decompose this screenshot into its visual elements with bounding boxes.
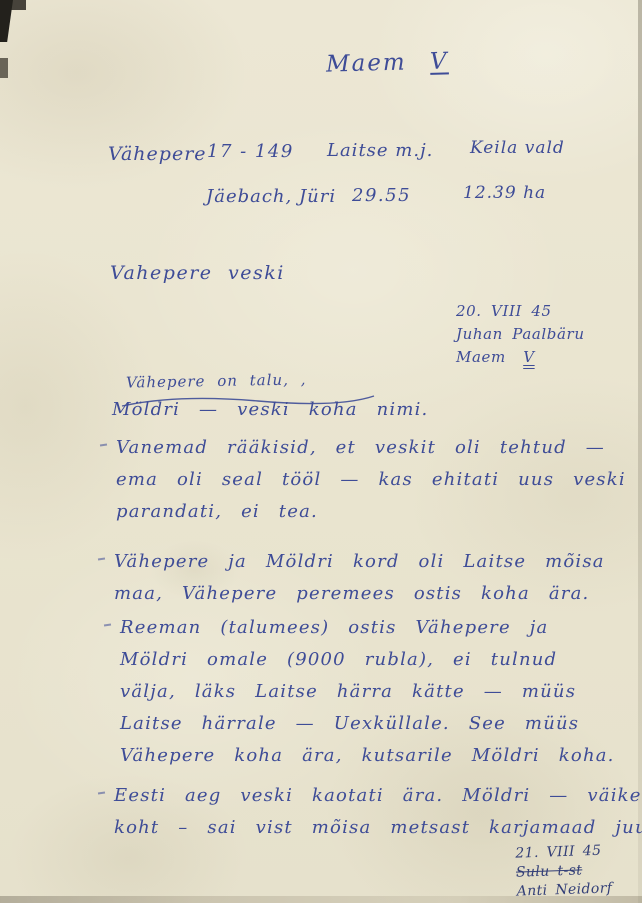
scan-edge-mark [0, 0, 13, 42]
paragraph: Vanemad rääkisid, et veskit oli tehtud —… [116, 432, 642, 528]
scan-edge-mark-small [0, 58, 8, 78]
text-line: Vähepere ja Möldri kord oli Laitse mõisa [114, 546, 605, 578]
annotation-top-notebook: Maem V [456, 346, 585, 369]
insert-note: Vähepere on talu, , [126, 370, 307, 391]
paragraph: Reeman (talumees) ostis Vähepere ja Möld… [120, 612, 615, 772]
text-line: ema oli seal tööl — kas ehitati uus vesk… [116, 464, 642, 496]
header-municipality: Keila vald [470, 138, 565, 158]
page-title-word: Maem [326, 49, 407, 77]
paragraph-dash-mark [98, 558, 105, 561]
annotation-top-date: 20. VIII 45 [456, 300, 585, 323]
paragraph: Vähepere ja Möldri kord oli Laitse mõisa… [114, 546, 605, 610]
annotation-bottom-name: Anti Neidorf [516, 879, 612, 901]
text-line: Laitse härrale — Uexküllale. See müüs [120, 708, 615, 740]
text-line: Möldri — veski koha nimi. [112, 394, 428, 426]
paragraph-dash-mark [100, 444, 107, 447]
header-area: 12.39 ha [463, 183, 546, 203]
text-line: Reeman (talumees) ostis Vähepere ja [120, 612, 615, 644]
header-farm-name: Vähepere [108, 143, 207, 165]
text-line: maa, Vähepere peremees ostis koha ära. [114, 578, 605, 610]
annotation-top-notebook-word: Maem [456, 348, 506, 366]
manuscript-page: Maem V Vähepere 17 - 149 Laitse m.j. Kei… [0, 0, 642, 903]
annotation-top: 20. VIII 45 Juhan Paalbäru Maem V [456, 300, 585, 369]
annotation-bottom: 21. VIII 45 Sulu t-st Anti Neidorf [515, 841, 613, 901]
page-title-numeral: V [430, 48, 449, 74]
text-line: välja, läks Laitse härra kätte — müüs [120, 676, 615, 708]
header-place: Laitse m.j. [327, 140, 433, 161]
text-line: Eesti aeg veski kaotati ära. Möldri — vä… [114, 780, 642, 812]
text-line: Vanemad rääkisid, et veskit oli tehtud — [116, 432, 642, 464]
annotation-bottom-date: 21. VIII 45 [515, 841, 611, 863]
text-line: Möldri omale (9000 rubla), ei tulnud [120, 644, 615, 676]
text-line: Vähepere koha ära, kutsarile Möldri koha… [120, 740, 615, 772]
paragraph: Eesti aeg veski kaotati ära. Möldri — vä… [114, 780, 642, 844]
annotation-top-name: Juhan Paalbäru [456, 323, 585, 346]
header-number: 29.55 [352, 185, 411, 206]
page-title: Maem V [326, 48, 449, 77]
paragraph-dash-mark [98, 792, 105, 795]
header-ref-number: 17 - 149 [207, 141, 294, 162]
annotation-top-notebook-numeral: V [523, 348, 534, 366]
header-person: Jäebach, Jüri [206, 186, 336, 207]
paragraph: Möldri — veski koha nimi. [112, 394, 428, 426]
text-line: parandati, ei tea. [116, 496, 642, 528]
subheading: Vahepere veski [110, 262, 285, 284]
text-line: koht – sai vist mõisa metsast karjamaad … [114, 812, 642, 844]
paragraph-dash-mark [104, 624, 111, 627]
